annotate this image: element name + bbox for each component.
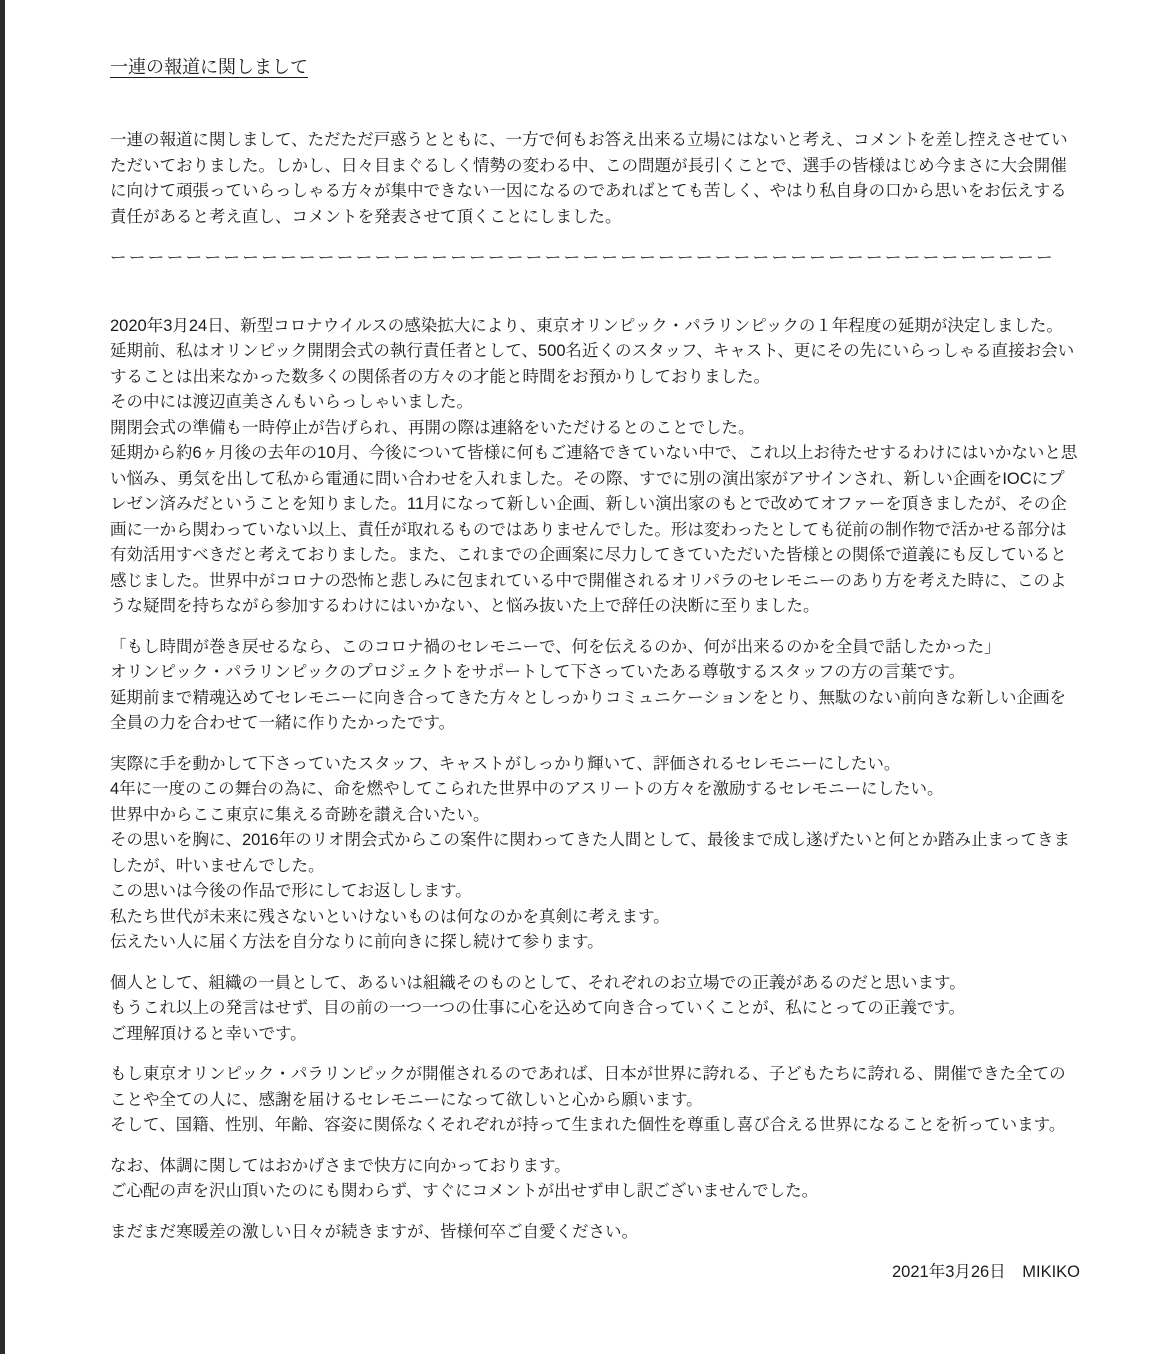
paragraph: 個人として、組織の一員として、あるいは組織そのものとして、それぞれのお立場での正… bbox=[110, 971, 1080, 1048]
paragraph-line: 「もし時間が巻き戻せるなら、このコロナ禍のセレモニーで、何を伝えるのか、何が出来… bbox=[110, 635, 1080, 661]
paragraph: 2020年3月24日、新型コロナウイルスの感染拡大により、東京オリンピック・パラ… bbox=[110, 314, 1080, 620]
paragraph-line: 世界中からここ東京に集える奇跡を讃え合いたい。 bbox=[110, 803, 1080, 829]
document-title: 一連の報道に関しまして bbox=[110, 54, 1080, 80]
paragraph-line: もうこれ以上の発言はせず、目の前の一つ一つの仕事に心を込めて向き合っていくことが… bbox=[110, 996, 1080, 1022]
section-divider: ーーーーーーーーーーーーーーーーーーーーーーーーーーーーーーーーーーーーーーーー… bbox=[110, 246, 1080, 272]
paragraph: 実際に手を動かして下さっていたスタッフ、キャストがしっかり輝いて、評価されるセレ… bbox=[110, 752, 1080, 956]
paragraph-line: なお、体調に関してはおかげさまで快方に向かっております。 bbox=[110, 1154, 1080, 1180]
paragraph: なお、体調に関してはおかげさまで快方に向かっております。ご心配の声を沢山頂いたの… bbox=[110, 1154, 1080, 1205]
paragraph-line: その思いを胸に、2016年のリオ閉会式からこの案件に関わってきた人間として、最後… bbox=[110, 828, 1080, 879]
document-page: 一連の報道に関しまして 一連の報道に関しまして、ただただ戸惑うとともに、一方で何… bbox=[0, 0, 1160, 1286]
paragraph: 「もし時間が巻き戻せるなら、このコロナ禍のセレモニーで、何を伝えるのか、何が出来… bbox=[110, 635, 1080, 737]
paragraph-line: 開閉会式の準備も一時停止が告げられ、再開の際は連絡をいただけるとのことでした。 bbox=[110, 416, 1080, 442]
paragraph-line: 実際に手を動かして下さっていたスタッフ、キャストがしっかり輝いて、評価されるセレ… bbox=[110, 752, 1080, 778]
paragraph-line: この思いは今後の作品で形にしてお返しします。 bbox=[110, 879, 1080, 905]
paragraph-line: オリンピック・パラリンピックのプロジェクトをサポートして下さっていたある尊敬する… bbox=[110, 660, 1080, 686]
paragraph-line: 2020年3月24日、新型コロナウイルスの感染拡大により、東京オリンピック・パラ… bbox=[110, 314, 1080, 340]
paragraph-line: 延期前、私はオリンピック開閉会式の執行責任者として、500名近くのスタッフ、キャ… bbox=[110, 339, 1080, 390]
paragraph-line: ご理解頂けると幸いです。 bbox=[110, 1022, 1080, 1048]
document-body: 一連の報道に関しまして、ただただ戸惑うとともに、一方で何もお答え出来る立場にはな… bbox=[110, 128, 1080, 1245]
paragraph-line: 私たち世代が未来に残さないといけないものは何なのかを真剣に考えます。 bbox=[110, 905, 1080, 931]
paragraph-line: 延期から約6ヶ月後の去年の10月、今後について皆様に何もご連絡できていない中で、… bbox=[110, 441, 1080, 620]
paragraph-line: ご心配の声を沢山頂いたのにも関わらず、すぐにコメントが出せず申し訳ございませんで… bbox=[110, 1179, 1080, 1205]
paragraph-line: 個人として、組織の一員として、あるいは組織そのものとして、それぞれのお立場での正… bbox=[110, 971, 1080, 997]
paragraph-line: その中には渡辺直美さんもいらっしゃいました。 bbox=[110, 390, 1080, 416]
paragraph: 一連の報道に関しまして、ただただ戸惑うとともに、一方で何もお答え出来る立場にはな… bbox=[110, 128, 1080, 230]
window-edge-border bbox=[0, 0, 5, 1354]
paragraph-line: 伝えたい人に届く方法を自分なりに前向きに探し続けて参ります。 bbox=[110, 930, 1080, 956]
paragraph-line: 延期前まで精魂込めてセレモニーに向き合ってきた方々としっかりコミュニケーションを… bbox=[110, 686, 1080, 737]
paragraph: まだまだ寒暖差の激しい日々が続きますが、皆様何卒ご自愛ください。 bbox=[110, 1220, 1080, 1246]
paragraph-line: もし東京オリンピック・パラリンピックが開催されるのであれば、日本が世界に誇れる、… bbox=[110, 1062, 1080, 1113]
paragraph-line: そして、国籍、性別、年齢、容姿に関係なくそれぞれが持って生まれた個性を尊重し喜び… bbox=[110, 1113, 1080, 1139]
paragraph: もし東京オリンピック・パラリンピックが開催されるのであれば、日本が世界に誇れる、… bbox=[110, 1062, 1080, 1139]
paragraph-line: まだまだ寒暖差の激しい日々が続きますが、皆様何卒ご自愛ください。 bbox=[110, 1220, 1080, 1246]
paragraph-line: 一連の報道に関しまして、ただただ戸惑うとともに、一方で何もお答え出来る立場にはな… bbox=[110, 128, 1080, 230]
paragraph-line: 4年に一度のこの舞台の為に、命を燃やしてこられた世界中のアスリートの方々を激励す… bbox=[110, 777, 1080, 803]
signature-line: 2021年3月26日 MIKIKO bbox=[110, 1260, 1080, 1286]
